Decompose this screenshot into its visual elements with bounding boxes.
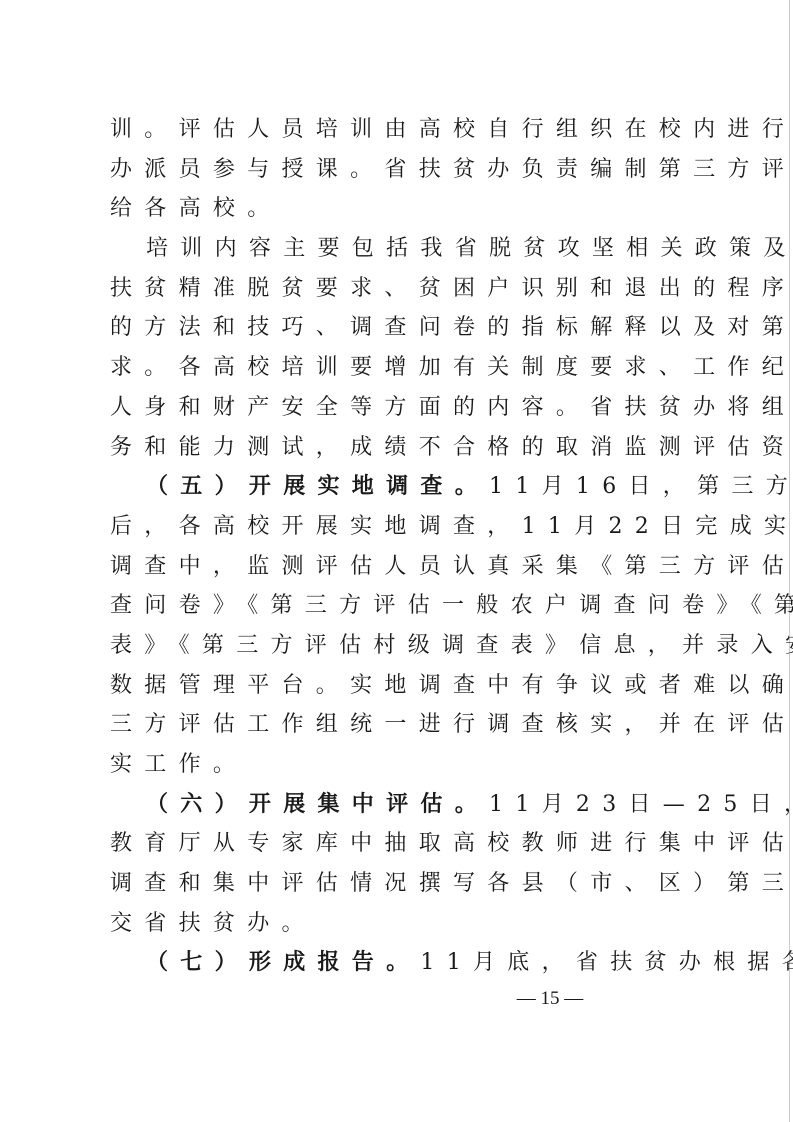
text-line: 人身和财产安全等方面的内容。省扶贫办将组织对培训师生的业 [110, 388, 700, 428]
line-text: 交省扶贫办。 [110, 911, 316, 936]
text-line: 给各高校。 [110, 189, 700, 229]
text-line: 调查中，监测评估人员认真采集《第三方评估建档立卡贫困户调 [110, 547, 700, 587]
line-text: 办派员参与授课。省扶贫办负责编制第三方评估操作手册，分发 [110, 157, 793, 182]
line-text: 实工作。 [110, 752, 247, 777]
line-text: 的方法和技巧、调查问卷的指标解释以及对第三方评估的有关要 [110, 315, 793, 340]
text-line: 三方评估工作组统一进行调查核实，并在评估工作结束前完成核 [110, 705, 700, 745]
section-seven-line: （七）形成报告。11月底，省扶贫办根据各高校提交的各县 [110, 943, 700, 983]
text-line: 交省扶贫办。 [110, 904, 700, 944]
line-text: 数据管理平台。实地调查中有争议或者难以确认的问题，提交第 [110, 673, 793, 698]
text-line: 表》《第三方评估村级调查表》信息，并录入安徽省脱贫攻坚大 [110, 626, 700, 666]
line-text: 给各高校。 [110, 196, 282, 221]
text-line: 后，各高校开展实地调查，11月22日完成实地调查任务。实地 [110, 507, 700, 547]
line-text: 训。评估人员培训由高校自行组织在校内进行集中培训，省扶贫 [110, 117, 793, 142]
text-line: 查问卷》《第三方评估一般农户调查问卷》《第三方评估县级调查 [110, 586, 700, 626]
line-text: 11月底，省扶贫办根据各高校提交的各县 [420, 950, 793, 975]
section-six-line: （六）开展集中评估。11月23日—25日，省扶贫办会同省 [110, 785, 700, 825]
line-text: 查问卷》《第三方评估一般农户调查问卷》《第三方评估县级调查 [110, 593, 793, 618]
text-line: 求。各高校培训要增加有关制度要求、工作纪律、监测评估人员 [110, 348, 700, 388]
section-heading: （六）开展集中评估。 [146, 792, 489, 817]
line-text: 11月16日，第三方监测评估动员会 [489, 474, 793, 499]
text-line: 训。评估人员培训由高校自行组织在校内进行集中培训，省扶贫 [110, 110, 700, 150]
line-text: 调查和集中评估情况撰写各县（市、区）第三方评估报告，并提 [110, 871, 793, 896]
line-text: 表》《第三方评估村级调查表》信息，并录入安徽省脱贫攻坚大 [110, 633, 793, 658]
line-text: 求。各高校培训要增加有关制度要求、工作纪律、监测评估人员 [110, 355, 793, 380]
page-number: — 15 — [500, 988, 600, 1010]
line-text: 后，各高校开展实地调查，11月22日完成实地调查任务。实地 [110, 514, 793, 539]
line-text: 务和能力测试，成绩不合格的取消监测评估资格。 [110, 435, 793, 460]
line-text: 调查中，监测评估人员认真采集《第三方评估建档立卡贫困户调 [110, 554, 793, 579]
text-line: 教育厅从专家库中抽取高校教师进行集中评估。各高校根据实地 [110, 824, 700, 864]
text-line: 实工作。 [110, 745, 700, 785]
section-heading: （五）开展实地调查。 [146, 474, 489, 499]
body-text: 训。评估人员培训由高校自行组织在校内进行集中培训，省扶贫 办派员参与授课。省扶贫… [110, 110, 700, 983]
text-line: 扶贫精准脱贫要求、贫困户识别和退出的程序及条件、入户调查 [110, 269, 700, 309]
text-line: 务和能力测试，成绩不合格的取消监测评估资格。 [110, 428, 700, 468]
section-heading: （七）形成报告。 [146, 950, 420, 975]
text-line: 办派员参与授课。省扶贫办负责编制第三方评估操作手册，分发 [110, 150, 700, 190]
document-page: 训。评估人员培训由高校自行组织在校内进行集中培训，省扶贫 办派员参与授课。省扶贫… [0, 0, 793, 1122]
text-line: 的方法和技巧、调查问卷的指标解释以及对第三方评估的有关要 [110, 308, 700, 348]
line-text: 教育厅从专家库中抽取高校教师进行集中评估。各高校根据实地 [110, 831, 793, 856]
paragraph-start-line: 培训内容主要包括我省脱贫攻坚相关政策及基本情况、精准 [110, 229, 700, 269]
text-line: 调查和集中评估情况撰写各县（市、区）第三方评估报告，并提 [110, 864, 700, 904]
section-five-line: （五）开展实地调查。11月16日，第三方监测评估动员会 [110, 467, 700, 507]
line-text: 三方评估工作组统一进行调查核实，并在评估工作结束前完成核 [110, 712, 793, 737]
line-text: 扶贫精准脱贫要求、贫困户识别和退出的程序及条件、入户调查 [110, 276, 793, 301]
text-line: 数据管理平台。实地调查中有争议或者难以确认的问题，提交第 [110, 666, 700, 706]
line-text: 人身和财产安全等方面的内容。省扶贫办将组织对培训师生的业 [110, 395, 793, 420]
line-text: 11月23日—25日，省扶贫办会同省 [489, 792, 793, 817]
line-text: 培训内容主要包括我省脱贫攻坚相关政策及基本情况、精准 [146, 236, 793, 261]
